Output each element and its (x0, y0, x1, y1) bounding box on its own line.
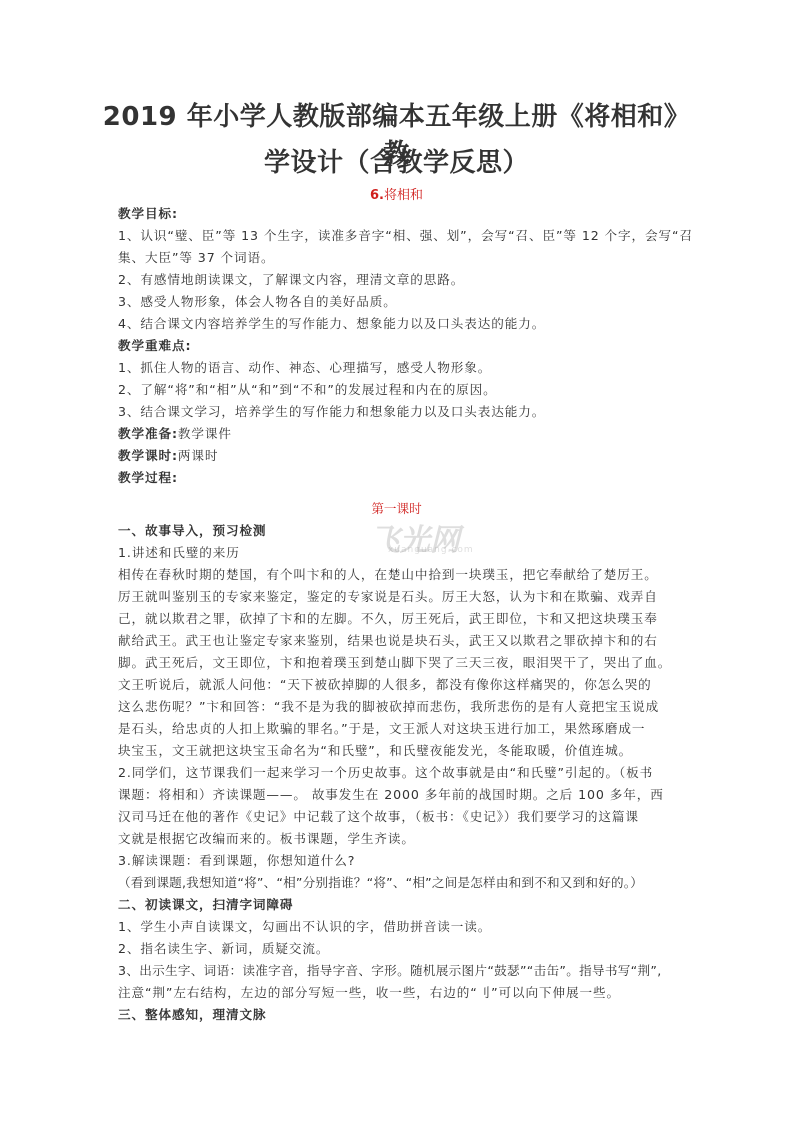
item-2-line: 文就是根据它改编而来的。板书课题，学生齐读。 (118, 828, 688, 850)
periods-label: 教学课时: (118, 448, 178, 463)
story-line: 块宝玉，文王就把这块宝玉命名为“和氏璧”，和氏璧夜能发光，冬能取暖，价值连城。 (118, 740, 688, 762)
item-2-line: 2.同学们，这节课我们一起来学习一个历史故事。这个故事就是由“和氏璧”引起的。（… (118, 762, 688, 784)
item-3-line: 3.解读课题：看到课题，你想知道什么? (118, 850, 688, 872)
document-title-line-2: 学设计（含教学反思） (100, 142, 693, 179)
lesson-heading: 6.将相和 (0, 184, 793, 203)
story-line: 献给武王。武王也让鉴定专家来鉴别，结果也说是块石头，武王又以欺君之罪砍掉卞和的右 (118, 630, 688, 652)
story-line: 文王听说后，就派人问他：“天下被砍掉脚的人很多，都没有像你这样痛哭的，你怎么哭的 (118, 674, 688, 696)
story-line: 厉王就叫鉴别玉的专家来鉴定，鉴定的专家说是石头。厉王大怒，认为卞和在欺骗、戏弄自 (118, 586, 688, 608)
item-3-answer: （看到课题,我想知道“将”、“相”分别指谁？“将”、“相”之间是怎样由和到不和又… (118, 872, 688, 894)
process-heading: 教学过程: (118, 467, 688, 489)
key-point-line: 2、了解“将”和“相”从“和”到“不和”的发展过程和内在的原因。 (118, 379, 688, 401)
story-line: 这么悲伤呢？”卞和回答：“我不是为我的脚被砍掉而悲伤，我所悲伤的是有人竟把宝玉说… (118, 696, 688, 718)
periods-value: 两课时 (178, 448, 218, 463)
section-3-heading: 三、整体感知，理清文脉 (118, 1004, 688, 1026)
story-line: 相传在春秋时期的楚国，有个叫卞和的人，在楚山中拾到一块璞玉，把它奉献给了楚厉王。 (118, 564, 688, 586)
key-point-line: 1、抓住人物的语言、动作、神态、心理描写，感受人物形象。 (118, 357, 688, 379)
key-points-heading: 教学重难点: (118, 335, 688, 357)
objectives-heading: 教学目标: (118, 203, 688, 225)
item-2-line: 课题：将相和）齐读课题——。 故事发生在 2000 多年前的战国时期。之后 10… (118, 784, 688, 806)
preparation-value: 教学课件 (178, 426, 232, 441)
section-2-item: 2、指名读生字、新词，质疑交流。 (118, 938, 688, 960)
preparation-label: 教学准备: (118, 426, 178, 441)
key-point-line: 3、结合课文学习，培养学生的写作能力和想象能力以及口头表达能力。 (118, 401, 688, 423)
story-line: 是石头，给忠贞的人扣上欺骗的罪名。”于是，文王派人对这块玉进行加工，果然琢磨成一 (118, 718, 688, 740)
lesson-name: 将相和 (384, 188, 423, 203)
story-line: 脚。武王死后，文王即位，卞和抱着璞玉到楚山脚下哭了三天三夜，眼泪哭干了，哭出了血… (118, 652, 688, 674)
objective-line: 3、感受人物形象，体会人物各自的美好品质。 (118, 291, 688, 313)
section-2-item: 3、出示生字、词语：读准字音，指导字音、字形。随机展示图片“鼓瑟”“击缶”。指导… (118, 960, 688, 982)
section-2-heading: 二、初读课文，扫清字词障碍 (118, 894, 688, 916)
story-line: 己，就以欺君之罪，砍掉了卞和的左脚。不久，厉王死后，武王即位，卞和又把这块璞玉奉 (118, 608, 688, 630)
objective-line: 2、有感情地朗读课文，了解课文内容，理清文章的思路。 (118, 269, 688, 291)
section-1-item-1: 1.讲述和氏璧的来历 (118, 542, 688, 564)
section-1-heading: 一、故事导入，预习检测 (118, 520, 688, 542)
objective-line: 4、结合课文内容培养学生的写作能力、想象能力以及口头表达的能力。 (118, 313, 688, 335)
section-2-item: 注意“荆”左右结构，左边的部分写短一些，收一些，右边的“刂”可以向下伸展一些。 (118, 982, 688, 1004)
objective-line: 集、大臣”等 37 个词语。 (118, 247, 688, 269)
first-period-heading: 第一课时 (0, 498, 793, 517)
objective-line: 1、认识“璧、臣”等 13 个生字，读准多音字“相、强、划”，会写“召、臣”等 … (118, 225, 688, 247)
item-2-line: 汉司马迁在他的著作《史记》中记载了这个故事，（板书：《史记》）我们要学习的这篇课 (118, 806, 688, 828)
document-page: 2019 年小学人教版部编本五年级上册《将相和》教 学设计（含教学反思） 6.将… (0, 0, 793, 1122)
periods-row: 教学课时:两课时 (118, 445, 688, 467)
lesson-number: 6. (370, 188, 384, 203)
preparation-row: 教学准备:教学课件 (118, 423, 688, 445)
section-2-item: 1、学生小声自读课文，勾画出不认识的字，借助拼音读一读。 (118, 916, 688, 938)
